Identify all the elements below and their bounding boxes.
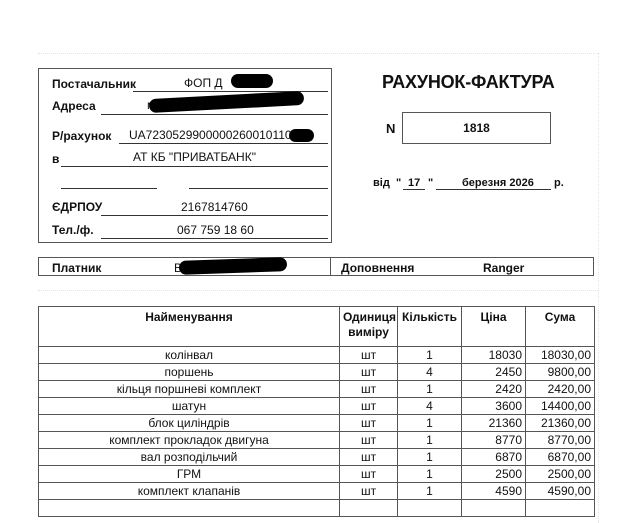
cell-qty: [398, 500, 462, 517]
blank-underline-right: [189, 188, 328, 189]
redaction-mark: [149, 91, 305, 113]
date-year-suffix: р.: [554, 177, 564, 189]
cell-sum: 8770,00: [526, 432, 595, 449]
header-unit: Одиниця виміру: [340, 307, 398, 347]
table-row: колінвалшт11803018030,00: [39, 347, 595, 364]
cell-price: 21360: [462, 415, 526, 432]
cell-qty: 1: [398, 483, 462, 500]
cell-name: ГРМ: [39, 466, 340, 483]
items-body: колінвалшт11803018030,00поршеньшт4245098…: [39, 347, 595, 517]
cell-qty: 4: [398, 364, 462, 381]
cell-unit: шт: [340, 381, 398, 398]
edrpou-label: ЄДРПОУ: [52, 200, 102, 214]
date-quote-open: ": [396, 177, 401, 189]
redaction-mark: [231, 74, 273, 88]
bank-value: АТ КБ "ПРИВАТБАНК": [133, 150, 256, 164]
cell-name: [39, 500, 340, 517]
cell-price: 8770: [462, 432, 526, 449]
cell-sum: 18030,00: [526, 347, 595, 364]
table-row: комплект клапанівшт145904590,00: [39, 483, 595, 500]
addition-value: Ranger: [483, 261, 524, 275]
date-month-year: березня 2026: [462, 177, 534, 189]
items-table: Найменування Одиниця виміру Кількість Ці…: [38, 306, 595, 517]
table-row: шатуншт4360014400,00: [39, 398, 595, 415]
account-value: UA7230529900000260010110: [129, 128, 292, 142]
table-row: поршеньшт424509800,00: [39, 364, 595, 381]
payer-row: Платник В Доповнення Ranger: [38, 257, 594, 276]
table-row: ГРМшт125002500,00: [39, 466, 595, 483]
supplier-block: Постачальник ФОП Д Адреса м Р/рахунок UA…: [38, 68, 332, 243]
cell-name: блок циліндрів: [39, 415, 340, 432]
header-price: Ціна: [462, 307, 526, 347]
cell-price: 4590: [462, 483, 526, 500]
table-row: вал розподільчийшт168706870,00: [39, 449, 595, 466]
supplier-value: ФОП Д: [184, 76, 223, 90]
table-header-row: Найменування Одиниця виміру Кількість Ці…: [39, 307, 595, 347]
cell-name: колінвал: [39, 347, 340, 364]
account-underline: [119, 143, 328, 144]
cell-qty: 1: [398, 466, 462, 483]
cell-qty: 1: [398, 347, 462, 364]
addition-label: Доповнення: [341, 261, 414, 275]
phone-value: 067 759 18 60: [177, 223, 254, 237]
cell-sum: 6870,00: [526, 449, 595, 466]
header-sum: Сума: [526, 307, 595, 347]
page-guide-mid: [38, 290, 598, 291]
table-row: кільця поршневі комплектшт124202420,00: [39, 381, 595, 398]
table-row: комплект прокладок двигунашт187708770,00: [39, 432, 595, 449]
edrpou-value: 2167814760: [181, 200, 248, 214]
page-guide-right: [598, 53, 599, 523]
cell-qty: 1: [398, 415, 462, 432]
cell-name: поршень: [39, 364, 340, 381]
page-guide-top: [38, 53, 598, 54]
invoice-number: 1818: [463, 121, 490, 135]
payer-divider: [330, 258, 331, 275]
header-qty: Кількість: [398, 307, 462, 347]
cell-sum: 14400,00: [526, 398, 595, 415]
date-prefix: від: [373, 177, 390, 189]
cell-price: 2420: [462, 381, 526, 398]
cell-sum: 9800,00: [526, 364, 595, 381]
month-underline: [436, 189, 551, 190]
cell-price: 2450: [462, 364, 526, 381]
header-unit-line2: виміру: [348, 325, 389, 339]
cell-name: комплект клапанів: [39, 483, 340, 500]
cell-unit: шт: [340, 398, 398, 415]
cell-name: кільця поршневі комплект: [39, 381, 340, 398]
phone-underline: [101, 238, 328, 239]
cell-name: вал розподільчий: [39, 449, 340, 466]
date-quote-close: ": [428, 177, 433, 189]
cell-unit: шт: [340, 483, 398, 500]
phone-label: Тел./ф.: [52, 223, 94, 237]
invoice-number-label: N: [386, 121, 395, 136]
account-label: Р/рахунок: [52, 129, 111, 143]
day-underline: [403, 189, 425, 190]
supplier-label: Постачальник: [52, 77, 136, 91]
cell-price: [462, 500, 526, 517]
cell-price: 3600: [462, 398, 526, 415]
blank-underline-left: [61, 188, 157, 189]
cell-qty: 4: [398, 398, 462, 415]
cell-sum: 4590,00: [526, 483, 595, 500]
redaction-mark: [289, 129, 314, 142]
invoice-title: РАХУНОК-ФАКТУРА: [382, 72, 555, 93]
cell-name: шатун: [39, 398, 340, 415]
bank-underline: [61, 166, 328, 167]
date-day: 17: [408, 177, 420, 189]
address-label: Адреса: [52, 99, 96, 113]
cell-qty: 1: [398, 432, 462, 449]
cell-price: 6870: [462, 449, 526, 466]
address-underline: [101, 114, 328, 115]
cell-sum: 2500,00: [526, 466, 595, 483]
invoice-number-box: 1818: [402, 112, 551, 144]
edrpou-underline: [101, 215, 328, 216]
bank-label: в: [52, 152, 59, 166]
cell-qty: 1: [398, 449, 462, 466]
cell-name: комплект прокладок двигуна: [39, 432, 340, 449]
cell-unit: шт: [340, 466, 398, 483]
cell-sum: [526, 500, 595, 517]
cell-unit: шт: [340, 415, 398, 432]
cell-unit: шт: [340, 449, 398, 466]
table-row: блок циліндрівшт12136021360,00: [39, 415, 595, 432]
cell-unit: шт: [340, 432, 398, 449]
header-name: Найменування: [39, 307, 340, 347]
table-row: [39, 500, 595, 517]
payer-label: Платник: [52, 261, 101, 275]
cell-unit: [340, 500, 398, 517]
cell-unit: шт: [340, 364, 398, 381]
cell-sum: 2420,00: [526, 381, 595, 398]
cell-unit: шт: [340, 347, 398, 364]
cell-qty: 1: [398, 381, 462, 398]
cell-sum: 21360,00: [526, 415, 595, 432]
cell-price: 18030: [462, 347, 526, 364]
header-unit-line1: Одиниця: [343, 310, 396, 324]
redaction-mark: [179, 257, 287, 275]
cell-price: 2500: [462, 466, 526, 483]
